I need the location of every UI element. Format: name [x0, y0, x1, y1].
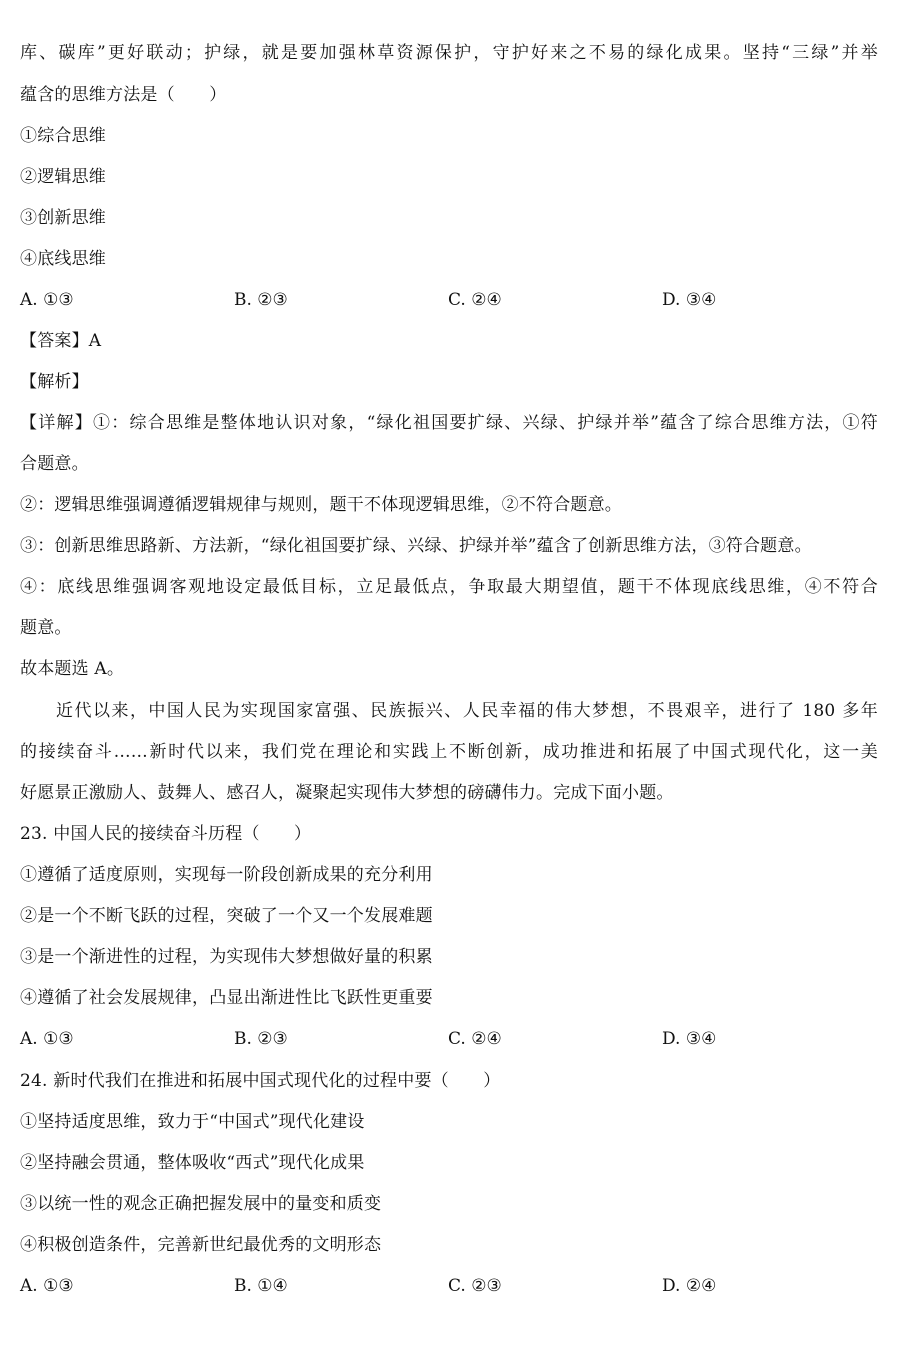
- q24-stem: 24. 新时代我们在推进和拓展中国式现代化的过程中要（ ）: [20, 1070, 500, 1092]
- q22-option-c: C. ②④: [448, 289, 502, 311]
- q23-stem: 23. 中国人民的接续奋斗历程（ ）: [20, 823, 311, 845]
- q22-options: A. ①③ B. ②③ C. ②④ D. ③④: [20, 289, 880, 311]
- q23-option-a: A. ①③: [20, 1028, 74, 1050]
- q24-option-c: C. ②③: [448, 1275, 502, 1297]
- q24-item-4: ④积极创造条件，完善新世纪最优秀的文明形态: [20, 1234, 381, 1256]
- q22-detail-1-line2: 合题意。: [20, 453, 89, 475]
- passage-line3: 好愿景正激励人、鼓舞人、感召人，凝聚起实现伟大梦想的磅礴伟力。完成下面小题。: [20, 782, 674, 804]
- q23-option-d: D. ③④: [662, 1028, 716, 1050]
- q22-item-3: ③创新思维: [20, 207, 106, 229]
- q23-item-4: ④遵循了社会发展规律，凸显出渐进性比飞跃性更重要: [20, 987, 433, 1009]
- q22-answer: 【答案】A: [20, 330, 101, 352]
- q22-option-a: A. ①③: [20, 289, 74, 311]
- q22-option-d: D. ③④: [662, 289, 716, 311]
- q22-stem-line1: 库、碳库”更好联动；护绿，就是要加强林草资源保护，守护好来之不易的绿化成果。坚持…: [20, 42, 878, 64]
- q22-item-1: ①综合思维: [20, 125, 106, 147]
- q23-item-1: ①遵循了适度原则，实现每一阶段创新成果的充分利用: [20, 864, 433, 886]
- q24-options: A. ①③ B. ①④ C. ②③ D. ②④: [20, 1275, 880, 1297]
- q23-option-c: C. ②④: [448, 1028, 502, 1050]
- q22-detail-4-line2: 题意。: [20, 617, 72, 639]
- q22-option-b: B. ②③: [234, 289, 288, 311]
- exam-page: 库、碳库”更好联动；护绿，就是要加强林草资源保护，守护好来之不易的绿化成果。坚持…: [0, 0, 900, 1360]
- q23-item-2: ②是一个不断飞跃的过程，突破了一个又一个发展难题: [20, 905, 433, 927]
- q22-detail-3: ③：创新思维思路新、方法新，“绿化祖国要扩绿、兴绿、护绿并举”蕴含了创新思维方法…: [20, 535, 812, 557]
- q24-item-3: ③以统一性的观念正确把握发展中的量变和质变: [20, 1193, 381, 1215]
- q22-detail-4-line1: ④：底线思维强调客观地设定最低目标，立足最低点，争取最大期望值，题干不体现底线思…: [20, 576, 878, 598]
- q23-options: A. ①③ B. ②③ C. ②④ D. ③④: [20, 1028, 880, 1050]
- q22-detail-2: ②：逻辑思维强调遵循逻辑规律与规则，题干不体现逻辑思维，②不符合题意。: [20, 494, 622, 516]
- passage-line2: 的接续奋斗……新时代以来，我们党在理论和实践上不断创新，成功推进和拓展了中国式现…: [20, 741, 878, 763]
- q22-item-2: ②逻辑思维: [20, 166, 106, 188]
- q24-item-2: ②坚持融会贯通，整体吸收“西式”现代化成果: [20, 1152, 365, 1174]
- q22-conclusion: 故本题选 A。: [20, 658, 124, 680]
- q24-option-b: B. ①④: [234, 1275, 288, 1297]
- q22-stem-line2: 蕴含的思维方法是（ ）: [20, 84, 226, 106]
- q24-option-d: D. ②④: [662, 1275, 716, 1297]
- q22-item-4: ④底线思维: [20, 248, 106, 270]
- q22-detail-1-line1: 【详解】①：综合思维是整体地认识对象，“绿化祖国要扩绿、兴绿、护绿并举”蕴含了综…: [20, 412, 878, 434]
- q22-analysis-label: 【解析】: [20, 371, 89, 393]
- q24-item-1: ①坚持适度思维，致力于“中国式”现代化建设: [20, 1111, 365, 1133]
- q24-option-a: A. ①③: [20, 1275, 74, 1297]
- q23-item-3: ③是一个渐进性的过程，为实现伟大梦想做好量的积累: [20, 946, 433, 968]
- q23-option-b: B. ②③: [234, 1028, 288, 1050]
- passage-line1: 近代以来，中国人民为实现国家富强、民族振兴、人民幸福的伟大梦想，不畏艰辛，进行了…: [56, 700, 878, 722]
